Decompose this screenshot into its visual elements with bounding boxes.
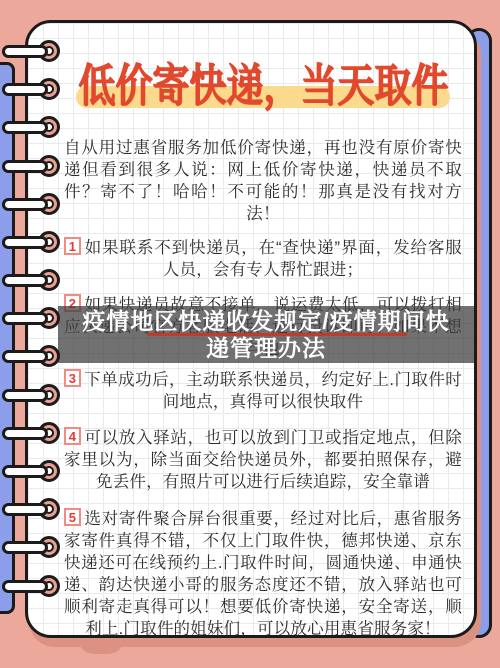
binder-ring xyxy=(0,535,62,561)
tip-item-3: 3下单成功后，主动联系快递员，约定好上.门取件时间地点，真得可以很快取件 xyxy=(64,369,462,413)
binder-ring xyxy=(0,268,62,294)
watermark-overlay: 疫情地区快递收发规定/疫情期间快递管理办法 xyxy=(58,306,474,363)
poster-page: { "title": { "text": "低价寄快递，当天取件", "colo… xyxy=(0,0,500,668)
binder-ring xyxy=(0,421,62,447)
ring-pill-icon xyxy=(2,465,48,478)
tip-number-badge-5: 5 xyxy=(64,508,81,526)
binder-ring xyxy=(0,344,62,370)
binder-ring xyxy=(0,77,62,103)
ring-pill-icon xyxy=(2,121,48,134)
ring-pill-icon xyxy=(2,427,48,440)
tip-item-4: 4可以放入驿站，也可以放到门卫或指定地点，但除家里以为，除当面交给快递员外，都要… xyxy=(64,427,462,493)
ring-pill-icon xyxy=(2,350,48,363)
ring-pill-icon xyxy=(2,236,48,249)
poster-title: 低价寄快递，当天取件 xyxy=(64,53,462,109)
ring-pill-icon xyxy=(2,45,48,58)
notebook-left-page-edge xyxy=(0,62,15,614)
binder-ring xyxy=(0,115,62,141)
tip-text-5: 选对寄件聚合屏台很重要，经过对比后，惠省服务家寄件真得不错，不仅上门取件快，德邦… xyxy=(64,510,462,635)
tip-text-3: 下单成功后，主动联系快递员，约定好上.门取件时间地点，真得可以很快取件 xyxy=(84,371,462,411)
watermark-underline xyxy=(147,333,407,336)
binder-ring xyxy=(0,574,62,600)
tip-text-1: 如果联系不到快递员，在“查快递”界面，发给客服人员，会有专人帮忙跟进； xyxy=(84,239,462,279)
ring-pill-icon xyxy=(2,312,48,325)
binder-ring xyxy=(0,230,62,256)
ring-pill-icon xyxy=(2,541,48,554)
binder-ring xyxy=(0,192,62,218)
ring-pill-icon xyxy=(2,160,48,173)
ring-pill-icon xyxy=(2,580,48,593)
notebook-card: 低价寄快递，当天取件 自从用过惠省服务加低价寄快递，再也没有原价寄快递但看到很多… xyxy=(25,20,477,638)
tip-text-4: 可以放入驿站，也可以放到门卫或指定地点，但除家里以为，除当面交给快递员外，都要拍… xyxy=(64,429,462,491)
binder-ring xyxy=(0,497,62,523)
poster-title-text: 低价寄快递，当天取件 xyxy=(78,48,448,114)
tip-item-5: 5选对寄件聚合屏台很重要，经过对比后，惠省服务家寄件真得不错，不仅上门取件快，德… xyxy=(64,508,462,635)
intro-paragraph: 自从用过惠省服务加低价寄快递，再也没有原价寄快递但看到很多人说：网上低价寄快递，… xyxy=(64,137,462,225)
ring-pill-icon xyxy=(2,503,48,516)
tip-item-1: 1如果联系不到快递员，在“查快递”界面，发给客服人员，会有专人帮忙跟进； xyxy=(64,237,462,281)
tip-number-badge-4: 4 xyxy=(64,427,81,445)
binder-ring xyxy=(0,383,62,409)
ring-pill-icon xyxy=(2,83,48,96)
tip-number-badge-1: 1 xyxy=(64,237,81,255)
ring-pill-icon xyxy=(2,274,48,287)
binder-ring xyxy=(0,154,62,180)
tip-number-badge-3: 3 xyxy=(64,369,81,387)
ring-pill-icon xyxy=(2,198,48,211)
binder-ring xyxy=(0,39,62,65)
binder-ring xyxy=(0,459,62,485)
ring-pill-icon xyxy=(2,389,48,402)
binder-ring xyxy=(0,306,62,332)
